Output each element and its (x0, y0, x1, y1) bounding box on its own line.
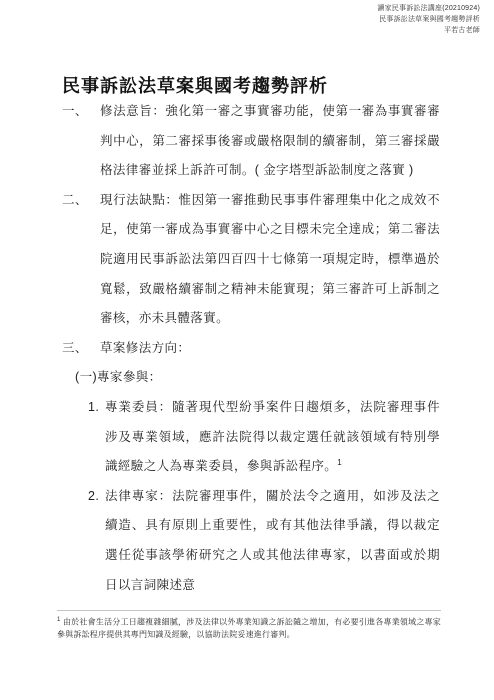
footnote-number: 1 (57, 617, 61, 623)
section-3-text: 草案修法方向： (100, 341, 190, 355)
document-body: 一、修法意旨：強化第一審之事實審功能，使第一審為事實審審判中心，第二審採事後審或… (62, 97, 440, 600)
footnote-body: 由於社會生活分工日趨複雜細膩，涉及法律以外專業知識之訴訟隨之增加，有必要引進各專… (57, 618, 441, 639)
page-header: 讀家民事訴訟法講座(20210924) 民事訴訟法草案與國考趨勢評析 平若古老師 (377, 3, 480, 36)
section-1: 一、修法意旨：強化第一審之事實審功能，使第一審為事實審審判中心，第二審採事後審或… (62, 97, 440, 186)
subsection-1-text: (一)專家參與： (75, 370, 162, 384)
section-2: 二、現行法缺點：惟因第一審推動民事事件審理集中化之成效不足，使第一審成為事實審中… (62, 186, 440, 334)
section-3-marker: 三、 (62, 334, 88, 364)
section-2-text: 現行法缺點：惟因第一審推動民事事件審理集中化之成效不足，使第一審成為事實審中心之… (100, 193, 440, 325)
item-1-marker: 1. (88, 393, 99, 423)
item-2-text: 法律專家：法院審理事件，關於法令之適用，如涉及法之續造、具有原則上重要性，或有其… (105, 489, 440, 592)
item-2: 2.法律專家：法院審理事件，關於法令之適用，如涉及法之續造、具有原則上重要性，或… (88, 482, 440, 600)
header-author-line: 平若古老師 (377, 25, 480, 36)
footnote-separator (57, 610, 441, 611)
footnote-area: 1 由於社會生活分工日趨複雜細膩，涉及法律以外專業知識之訴訟隨之增加，有必要引進… (57, 610, 441, 641)
item-1-text: 專業委員：隨著現代型紛爭案件日趨煩多，法院審理事件涉及專業領域，應許法院得以裁定… (105, 400, 440, 473)
page-title: 民事訴訟法草案與國考趨勢評析 (62, 72, 328, 98)
subsection-1: (一)專家參與： (62, 363, 440, 393)
item-2-marker: 2. (88, 482, 99, 512)
section-1-marker: 一、 (62, 97, 88, 127)
section-3: 三、草案修法方向： (62, 334, 440, 364)
document-page: 讀家民事訴訟法講座(20210924) 民事訴訟法草案與國考趨勢評析 平若古老師… (0, 0, 494, 700)
footnote-text: 1 由於社會生活分工日趨複雜細膩，涉及法律以外專業知識之訴訟隨之增加，有必要引進… (57, 614, 441, 641)
footnote-reference-1: 1 (337, 458, 342, 467)
header-subject-line: 民事訴訟法草案與國考趨勢評析 (377, 14, 480, 25)
header-course-line: 讀家民事訴訟法講座(20210924) (377, 3, 480, 14)
item-1: 1.專業委員：隨著現代型紛爭案件日趨煩多，法院審理事件涉及專業領域，應許法院得以… (88, 393, 440, 482)
section-2-marker: 二、 (62, 186, 88, 216)
section-1-text: 修法意旨：強化第一審之事實審功能，使第一審為事實審審判中心，第二審採事後審或嚴格… (100, 104, 440, 177)
